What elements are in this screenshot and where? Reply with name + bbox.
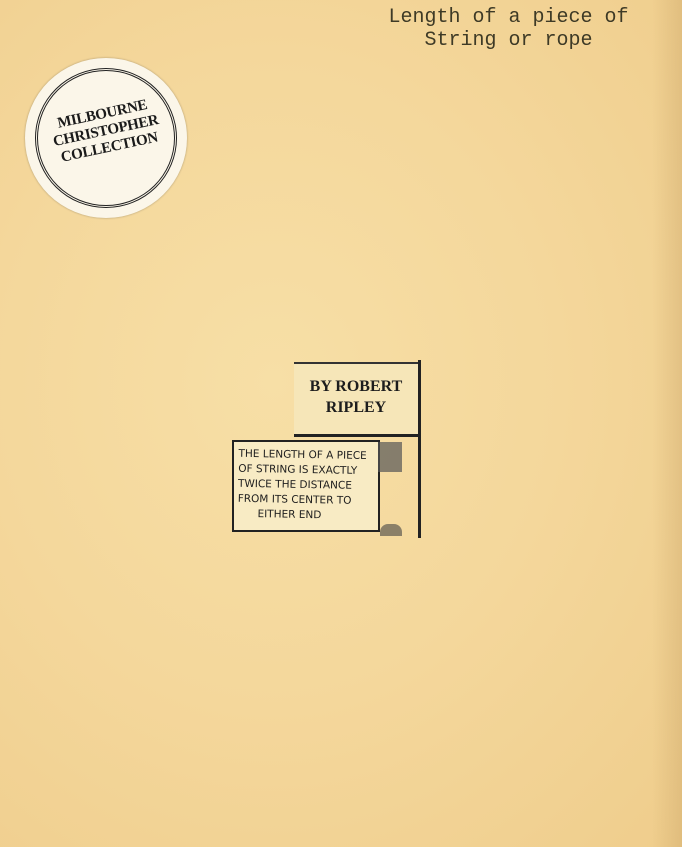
- title-line-1: Length of a piece of: [376, 6, 641, 29]
- fact-line: EITHER END: [237, 507, 375, 524]
- document-title: Length of a piece of String or rope: [376, 6, 641, 52]
- newspaper-clipping: BY ROBERT RIPLEY THE LENGTH OF A PIECE O…: [230, 358, 426, 540]
- illustration-fragment: [380, 524, 402, 536]
- fact-text: THE LENGTH OF A PIECE OF STRING IS EXACT…: [237, 447, 376, 524]
- page-edge-shadow: [652, 0, 682, 847]
- illustration-fragment: [378, 442, 402, 472]
- byline: BY ROBERT RIPLEY: [294, 376, 418, 418]
- byline-line-1: BY ROBERT: [294, 376, 418, 397]
- clipping-border-line: [418, 360, 421, 538]
- byline-box: BY ROBERT RIPLEY: [294, 362, 421, 437]
- collection-seal: MILBOURNE CHRISTOPHER COLLECTION: [25, 58, 187, 218]
- fact-box: THE LENGTH OF A PIECE OF STRING IS EXACT…: [232, 440, 380, 532]
- title-line-2: String or rope: [376, 29, 641, 52]
- byline-line-2: RIPLEY: [294, 397, 418, 418]
